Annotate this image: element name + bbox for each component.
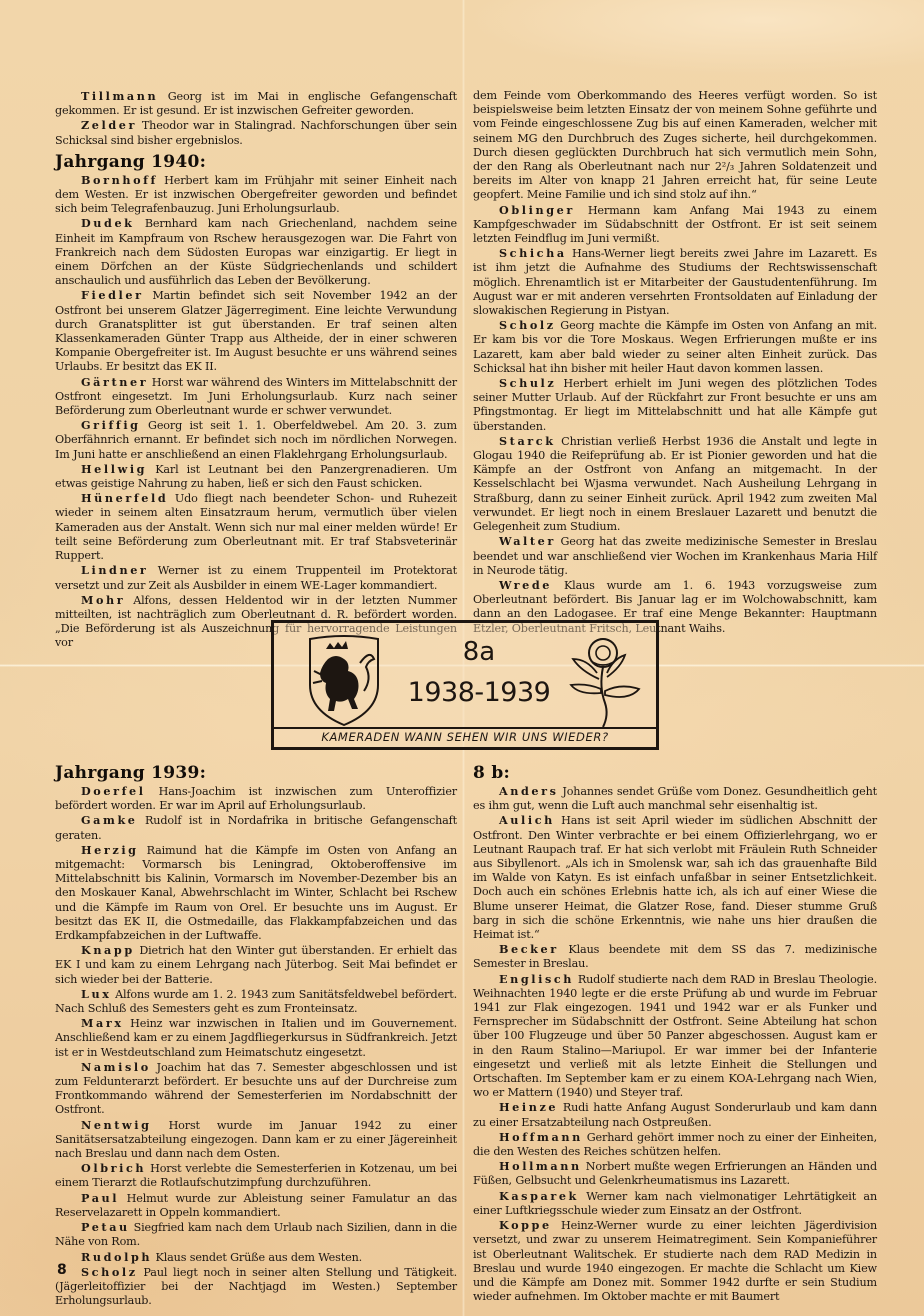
entry-surname: Knapp <box>81 943 135 957</box>
entry-text: Alfons wurde am 1. 2. 1943 zum Sanitätsf… <box>55 988 457 1015</box>
entry-surname: Nentwig <box>81 1118 152 1132</box>
entry-paragraph: Englisch Rudolf studierte nach dem RAD i… <box>473 972 877 1101</box>
entry-paragraph: Fiedler Martin befindet sich seit Novemb… <box>55 288 457 374</box>
column-bottom-left: Jahrgang 1939: Doerfel Hans-Joachim ist … <box>55 759 457 1308</box>
entry-surname: Marx <box>81 1016 124 1030</box>
entry-paragraph: Aulich Hans ist seit April wieder im süd… <box>473 813 877 942</box>
entry-surname: Walter <box>499 534 556 548</box>
column-bottom-right: 8 b: Anders Johannes sendet Grüße vom Do… <box>473 759 877 1304</box>
entry-surname: Englisch <box>499 972 574 986</box>
entry-surname: Becker <box>499 942 559 956</box>
entry-surname: Hellwig <box>81 462 147 476</box>
entry-paragraph: Doerfel Hans-Joachim ist inzwischen zum … <box>55 784 457 813</box>
entry-surname: Heinze <box>499 1100 558 1114</box>
entry-surname: Lux <box>81 987 111 1001</box>
entry-text: Christian verließ Herbst 1936 die Anstal… <box>473 435 877 533</box>
class-banner: 8a 1938-1939 KAMERADEN WANN SEHEN WIR UN… <box>271 620 659 750</box>
entry-paragraph: Dudek Bernhard kam nach Griechenland, na… <box>55 216 457 288</box>
entry-paragraph: Lindner Werner ist zu einem Truppenteil … <box>55 563 457 592</box>
entry-paragraph: Becker Klaus beendete mit dem SS das 7. … <box>473 942 877 971</box>
entry-paragraph: Anders Johannes sendet Grüße vom Donez. … <box>473 784 877 813</box>
entry-surname: Bornhoff <box>81 173 158 187</box>
entry-surname: Wrede <box>499 578 552 592</box>
entry-surname: Paul <box>81 1191 119 1205</box>
entry-paragraph: Paul Helmut wurde zur Ableistung seiner … <box>55 1191 457 1220</box>
class-label: 8a <box>424 637 534 667</box>
entry-surname: Hoffmann <box>499 1130 583 1144</box>
continued-quote: dem Feinde vom Oberkommando des Heeres v… <box>473 89 877 203</box>
entry-surname: Scholz <box>499 318 556 332</box>
entry-paragraph: Gamke Rudolf ist in Nordafrika in britis… <box>55 813 457 842</box>
entry-paragraph: Hünerfeld Udo fliegt nach beendeter Scho… <box>55 491 457 563</box>
entry-paragraph: Knapp Dietrich hat den Winter gut überst… <box>55 943 457 987</box>
entry-paragraph: Schicha Hans-Werner liegt bereits zwei J… <box>473 246 877 318</box>
entry-surname: Namislo <box>81 1060 151 1074</box>
entry-surname: Zelder <box>81 118 137 132</box>
class-years: 1938-1939 <box>384 677 574 708</box>
column-top-left: Tillmann Georg ist im Mai in englische G… <box>55 89 457 651</box>
entries-jahrgang-1940: Bornhoff Herbert kam im Frühjahr mit sei… <box>55 173 457 651</box>
entry-surname: Koppe <box>499 1218 552 1232</box>
entry-surname: Fiedler <box>81 288 144 302</box>
entry-surname: Schulz <box>499 376 556 390</box>
entry-paragraph: Kasparek Werner kam nach vielmonatiger L… <box>473 1189 877 1218</box>
page-number: 8 <box>57 1262 67 1278</box>
section-heading-jahrgang-1940: Jahrgang 1940: <box>55 152 457 172</box>
section-heading-jahrgang-1939: Jahrgang 1939: <box>55 763 457 783</box>
entry-paragraph: Hellwig Karl ist Leutnant bei den Panzer… <box>55 462 457 491</box>
entry-text: Raimund hat die Kämpfe im Osten von Anfa… <box>55 844 457 942</box>
banner-motto: KAMERADEN WANN SEHEN WIR UNS WIEDER? <box>274 727 656 747</box>
entry-surname: Doerfel <box>81 784 146 798</box>
entry-text: Klaus sendet Grüße aus dem Westen. <box>156 1251 363 1264</box>
entry-surname: Schicha <box>499 246 567 260</box>
entry-paragraph: Zelder Theodor war in Stalingrad. Nachfo… <box>55 118 457 147</box>
entry-text: Rudolf studierte nach dem RAD in Breslau… <box>473 973 877 1100</box>
entry-surname: Scholz <box>81 1265 138 1279</box>
entry-paragraph: Hoffmann Gerhard gehört immer noch zu ei… <box>473 1130 877 1159</box>
entry-surname: Kasparek <box>499 1189 579 1203</box>
entry-text: Hans ist seit April wieder im südlichen … <box>473 814 877 941</box>
entry-surname: Hollmann <box>499 1159 582 1173</box>
entry-surname: Aulich <box>499 813 555 827</box>
column-top-right: dem Feinde vom Oberkommando des Heeres v… <box>473 89 877 636</box>
entry-paragraph: Gärtner Horst war während des Winters im… <box>55 375 457 419</box>
entry-surname: Oblinger <box>499 203 575 217</box>
entry-paragraph: Herzig Raimund hat die Kämpfe im Osten v… <box>55 843 457 943</box>
entries-top-right: Oblinger Hermann kam Anfang Mai 1943 zu … <box>473 203 877 636</box>
entry-paragraph: Walter Georg hat das zweite medizinische… <box>473 534 877 578</box>
entry-paragraph: Scholz Paul liegt noch in seiner alten S… <box>55 1265 457 1309</box>
entry-paragraph: Nentwig Horst wurde im Januar 1942 zu ei… <box>55 1118 457 1162</box>
entry-surname: Anders <box>499 784 559 798</box>
entry-paragraph: Koppe Heinz-Werner wurde zu einer leicht… <box>473 1218 877 1304</box>
entry-surname: Gamke <box>81 813 138 827</box>
entry-paragraph: Hollmann Norbert mußte wegen Erfrierunge… <box>473 1159 877 1188</box>
entry-paragraph: Olbrich Horst verlebte die Semesterferie… <box>55 1161 457 1190</box>
entry-surname: Starck <box>499 434 556 448</box>
entry-surname: Gärtner <box>81 375 148 389</box>
entries-jahrgang-1939: Doerfel Hans-Joachim ist inzwischen zum … <box>55 784 457 1308</box>
entry-paragraph: Marx Heinz war inzwischen in Italien und… <box>55 1016 457 1060</box>
section-heading-8b: 8 b: <box>473 763 877 783</box>
entry-paragraph: Scholz Georg machte die Kämpfe im Osten … <box>473 318 877 376</box>
entry-paragraph: Petau Siegfried kam nach dem Urlaub nach… <box>55 1220 457 1249</box>
entry-surname: Dudek <box>81 216 135 230</box>
entry-paragraph: Griffig Georg ist seit 1. 1. Oberfeldweb… <box>55 418 457 462</box>
entry-paragraph: Bornhoff Herbert kam im Frühjahr mit sei… <box>55 173 457 217</box>
entry-paragraph: Namislo Joachim hat das 7. Semester abge… <box>55 1060 457 1118</box>
entry-surname: Griffig <box>81 418 141 432</box>
entry-paragraph: Starck Christian verließ Herbst 1936 die… <box>473 434 877 534</box>
entries-8b: Anders Johannes sendet Grüße vom Donez. … <box>473 784 877 1304</box>
lion-shield-icon <box>304 633 384 729</box>
entry-paragraph: Schulz Herbert erhielt im Juni wegen des… <box>473 376 877 434</box>
entry-surname: Herzig <box>81 843 139 857</box>
entry-paragraph: Tillmann Georg ist im Mai in englische G… <box>55 89 457 118</box>
glatz-rose-icon <box>559 631 649 731</box>
entry-surname: Rudolph <box>81 1250 152 1264</box>
entry-paragraph: Oblinger Hermann kam Anfang Mai 1943 zu … <box>473 203 877 247</box>
entry-surname: Olbrich <box>81 1161 146 1175</box>
entry-surname: Petau <box>81 1220 130 1234</box>
entries-before-heading: Tillmann Georg ist im Mai in englische G… <box>55 89 457 148</box>
entry-paragraph: Rudolph Klaus sendet Grüße aus dem Weste… <box>55 1250 457 1265</box>
entry-surname: Mohr <box>81 593 125 607</box>
entry-paragraph: Lux Alfons wurde am 1. 2. 1943 zum Sanit… <box>55 987 457 1016</box>
entry-paragraph: Heinze Rudi hatte Anfang August Sonderur… <box>473 1100 877 1129</box>
entry-surname: Tillmann <box>81 89 158 103</box>
entry-surname: Lindner <box>81 563 148 577</box>
banner-illustration: 8a 1938-1939 <box>274 623 656 727</box>
entry-surname: Hünerfeld <box>81 491 168 505</box>
